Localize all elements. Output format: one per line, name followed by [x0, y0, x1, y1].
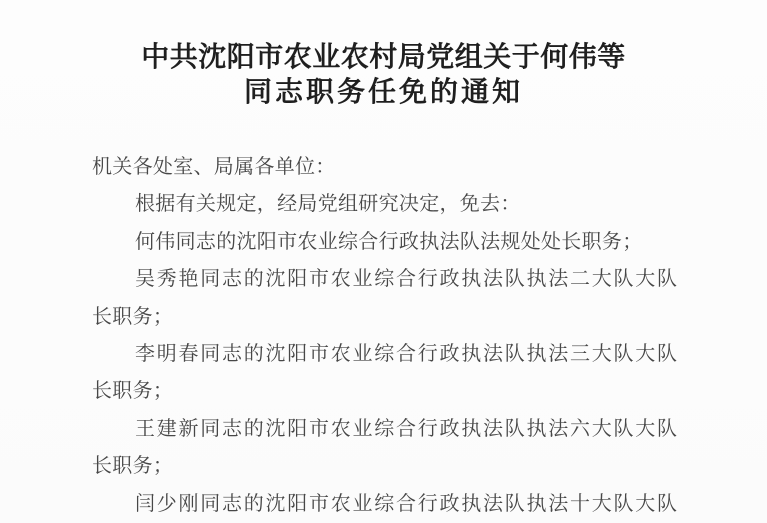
document-title: 中共沈阳市农业农村局党组关于何伟等 同志职务任免的通知	[0, 40, 767, 110]
document-title-line-2: 同志职务任免的通知	[0, 75, 767, 110]
removal-line-yan-shaogang: 闫少刚同志的沈阳市农业综合行政执法队执法十大队大队	[92, 486, 678, 523]
document-body: 机关各处室、局属各单位： 根据有关规定，经局党组研究决定，免去： 何伟同志的沈阳…	[92, 149, 678, 523]
removal-line-wu-xiuyan-continuation: 长职务；	[92, 299, 678, 336]
removal-line-wang-jianxin: 王建新同志的沈阳市农业综合行政执法队执法六大队大队	[92, 411, 678, 448]
removal-line-li-mingchun: 李明春同志的沈阳市农业综合行政执法队执法三大队大队	[92, 336, 678, 373]
decision-statement-line: 根据有关规定，经局党组研究决定，免去：	[92, 186, 678, 223]
salutation-line: 机关各处室、局属各单位：	[92, 149, 678, 186]
removal-line-he-wei: 何伟同志的沈阳市农业综合行政执法队法规处处长职务；	[92, 224, 678, 261]
removal-line-li-mingchun-continuation: 长职务；	[92, 373, 678, 410]
removal-line-wu-xiuyan: 吴秀艳同志的沈阳市农业综合行政执法队执法二大队大队	[92, 261, 678, 298]
removal-line-wang-jianxin-continuation: 长职务；	[92, 448, 678, 485]
document-title-line-1: 中共沈阳市农业农村局党组关于何伟等	[0, 40, 767, 75]
notice-document-page: 中共沈阳市农业农村局党组关于何伟等 同志职务任免的通知 机关各处室、局属各单位：…	[0, 0, 767, 523]
